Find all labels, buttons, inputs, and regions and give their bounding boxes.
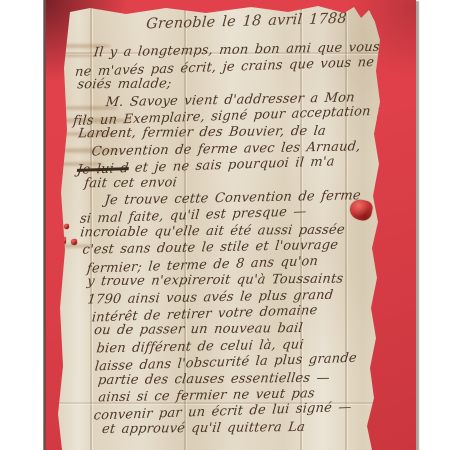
photo-frame: Grenoble le 18 avril 1788 Il y a longtem… (0, 0, 450, 450)
letter-paper: Grenoble le 18 avril 1788 Il y a longtem… (56, 6, 382, 450)
letter-line: et approuvé qu'il quittera La (101, 419, 387, 438)
letter-body: Grenoble le 18 avril 1788 Il y a longtem… (52, 11, 386, 440)
